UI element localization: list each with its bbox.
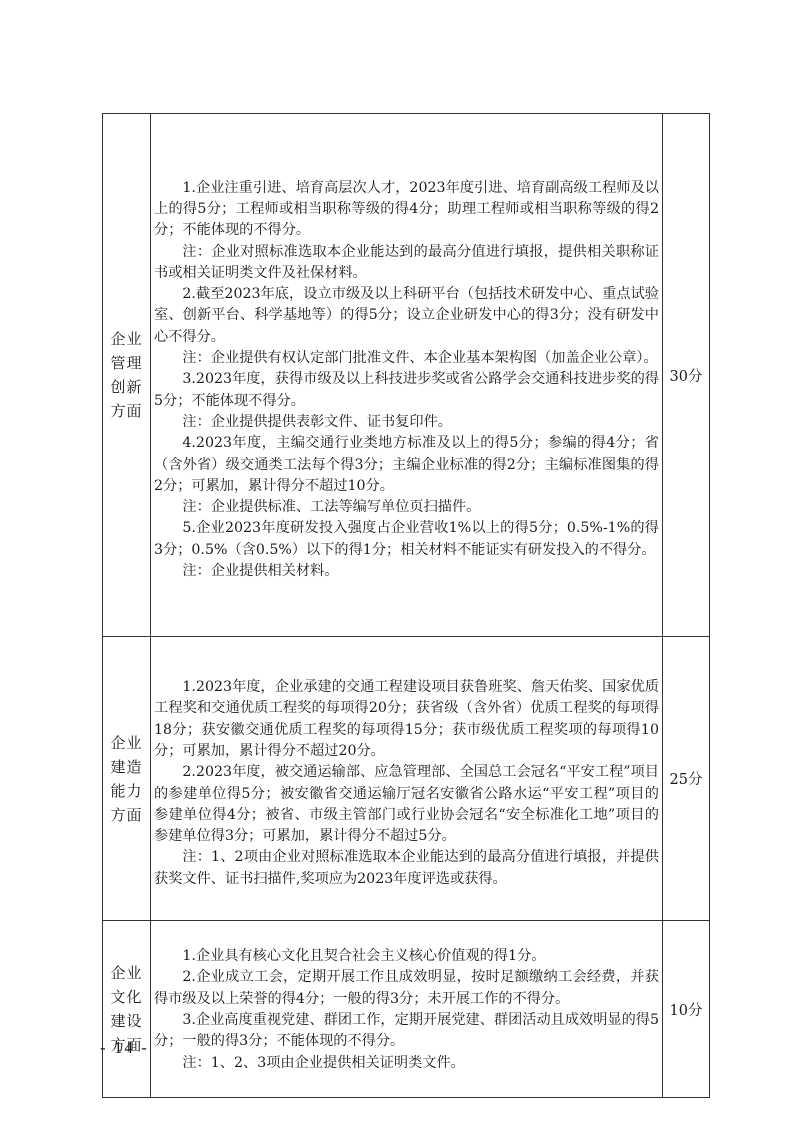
criterion-text: 1.企业注重引进、培育高层次人才，2023年度引进、培育副高级工程师及以上的得5… [154, 178, 659, 242]
criterion-note: 注：1、2项由企业对照标准选取本企业能达到的最高分值进行填报，并提供获奖文件、证… [154, 847, 659, 890]
criterion-text: 1.2023年度，企业承建的交通工程建设项目获鲁班奖、詹天佑奖、国家优质工程奖和… [154, 677, 659, 762]
criterion-note: 注：1、2、3项由企业提供相关证明类文件。 [154, 1053, 659, 1074]
category-label-line: 企业 [103, 327, 150, 351]
scoring-criteria-table: 企业 管理 创新 方面 1.企业注重引进、培育高层次人才，2023年度引进、培育… [102, 113, 710, 1098]
score-cell: 30分 [663, 114, 710, 637]
criteria-cell: 1.2023年度，企业承建的交通工程建设项目获鲁班奖、詹天佑奖、国家优质工程奖和… [151, 637, 663, 921]
criterion-text: 2.企业成立工会，定期开展工作且成效明显，按时足额缴纳工会经费，并获得市级及以上… [154, 967, 659, 1010]
table-row-construction-capability: 企业 建造 能力 方面 1.2023年度，企业承建的交通工程建设项目获鲁班奖、詹… [103, 637, 710, 921]
category-label-line: 创新 [103, 375, 150, 399]
category-cell: 企业 管理 创新 方面 [103, 114, 151, 637]
table-row-culture-building: 企业 文化 建设 方面 1.企业具有核心文化且契合社会主义核心价值观的得1分。 … [103, 921, 710, 1098]
category-label-line: 管理 [103, 351, 150, 375]
category-label-line: 企业 [103, 961, 150, 985]
criterion-note: 注：企业提供提供表彰文件、证书复印件。 [154, 412, 659, 433]
criterion-note: 注：企业提供有权认定部门批准文件、本企业基本架构图（加盖企业公章）。 [154, 348, 659, 369]
criteria-cell: 1.企业具有核心文化且契合社会主义核心价值观的得1分。 2.企业成立工会，定期开… [151, 921, 663, 1098]
criterion-note: 注：企业对照标准选取本企业能达到的最高分值进行填报，提供相关职称证书或相关证明类… [154, 242, 659, 285]
category-label-line: 企业 [103, 731, 150, 755]
category-cell: 企业 建造 能力 方面 [103, 637, 151, 921]
category-label-line: 方面 [103, 803, 150, 827]
criterion-text: 4.2023年度，主编交通行业类地方标准及以上的得5分；参编的得4分；省（含外省… [154, 433, 659, 497]
criterion-text: 5.企业2023年度研发投入强度占企业营收1%以上的得5分；0.5%-1%的得3… [154, 518, 659, 561]
table-row-management-innovation: 企业 管理 创新 方面 1.企业注重引进、培育高层次人才，2023年度引进、培育… [103, 114, 710, 637]
criterion-text: 1.企业具有核心文化且契合社会主义核心价值观的得1分。 [154, 946, 659, 967]
category-label-line: 文化 [103, 985, 150, 1009]
category-label-line: 能力 [103, 779, 150, 803]
category-label-line: 方面 [103, 399, 150, 423]
criterion-text: 2.2023年度，被交通运输部、应急管理部、全国总工会冠名“平安工程”项目的参建… [154, 762, 659, 847]
category-label-line: 建造 [103, 755, 150, 779]
criterion-text: 3.企业高度重视党建、群团工作，定期开展党建、群团活动且成效明显的得5分；一般的… [154, 1010, 659, 1053]
criterion-text: 2.截至2023年底，设立市级及以上科研平台（包括技术研发中心、重点试验室、创新… [154, 284, 659, 348]
category-cell: 企业 文化 建设 方面 [103, 921, 151, 1098]
document-page: 企业 管理 创新 方面 1.企业注重引进、培育高层次人才，2023年度引进、培育… [0, 0, 794, 1123]
page-number: - 14 - [100, 1038, 149, 1058]
criteria-cell: 1.企业注重引进、培育高层次人才，2023年度引进、培育副高级工程师及以上的得5… [151, 114, 663, 637]
category-label-line: 建设 [103, 1009, 150, 1033]
score-cell: 25分 [663, 637, 710, 921]
score-cell: 10分 [663, 921, 710, 1098]
criterion-note: 注：企业提供标准、工法等编写单位页扫描件。 [154, 497, 659, 518]
criterion-note: 注：企业提供相关材料。 [154, 561, 659, 582]
criterion-text: 3.2023年度，获得市级及以上科技进步奖或省公路学会交通科技进步奖的得5分；不… [154, 369, 659, 412]
